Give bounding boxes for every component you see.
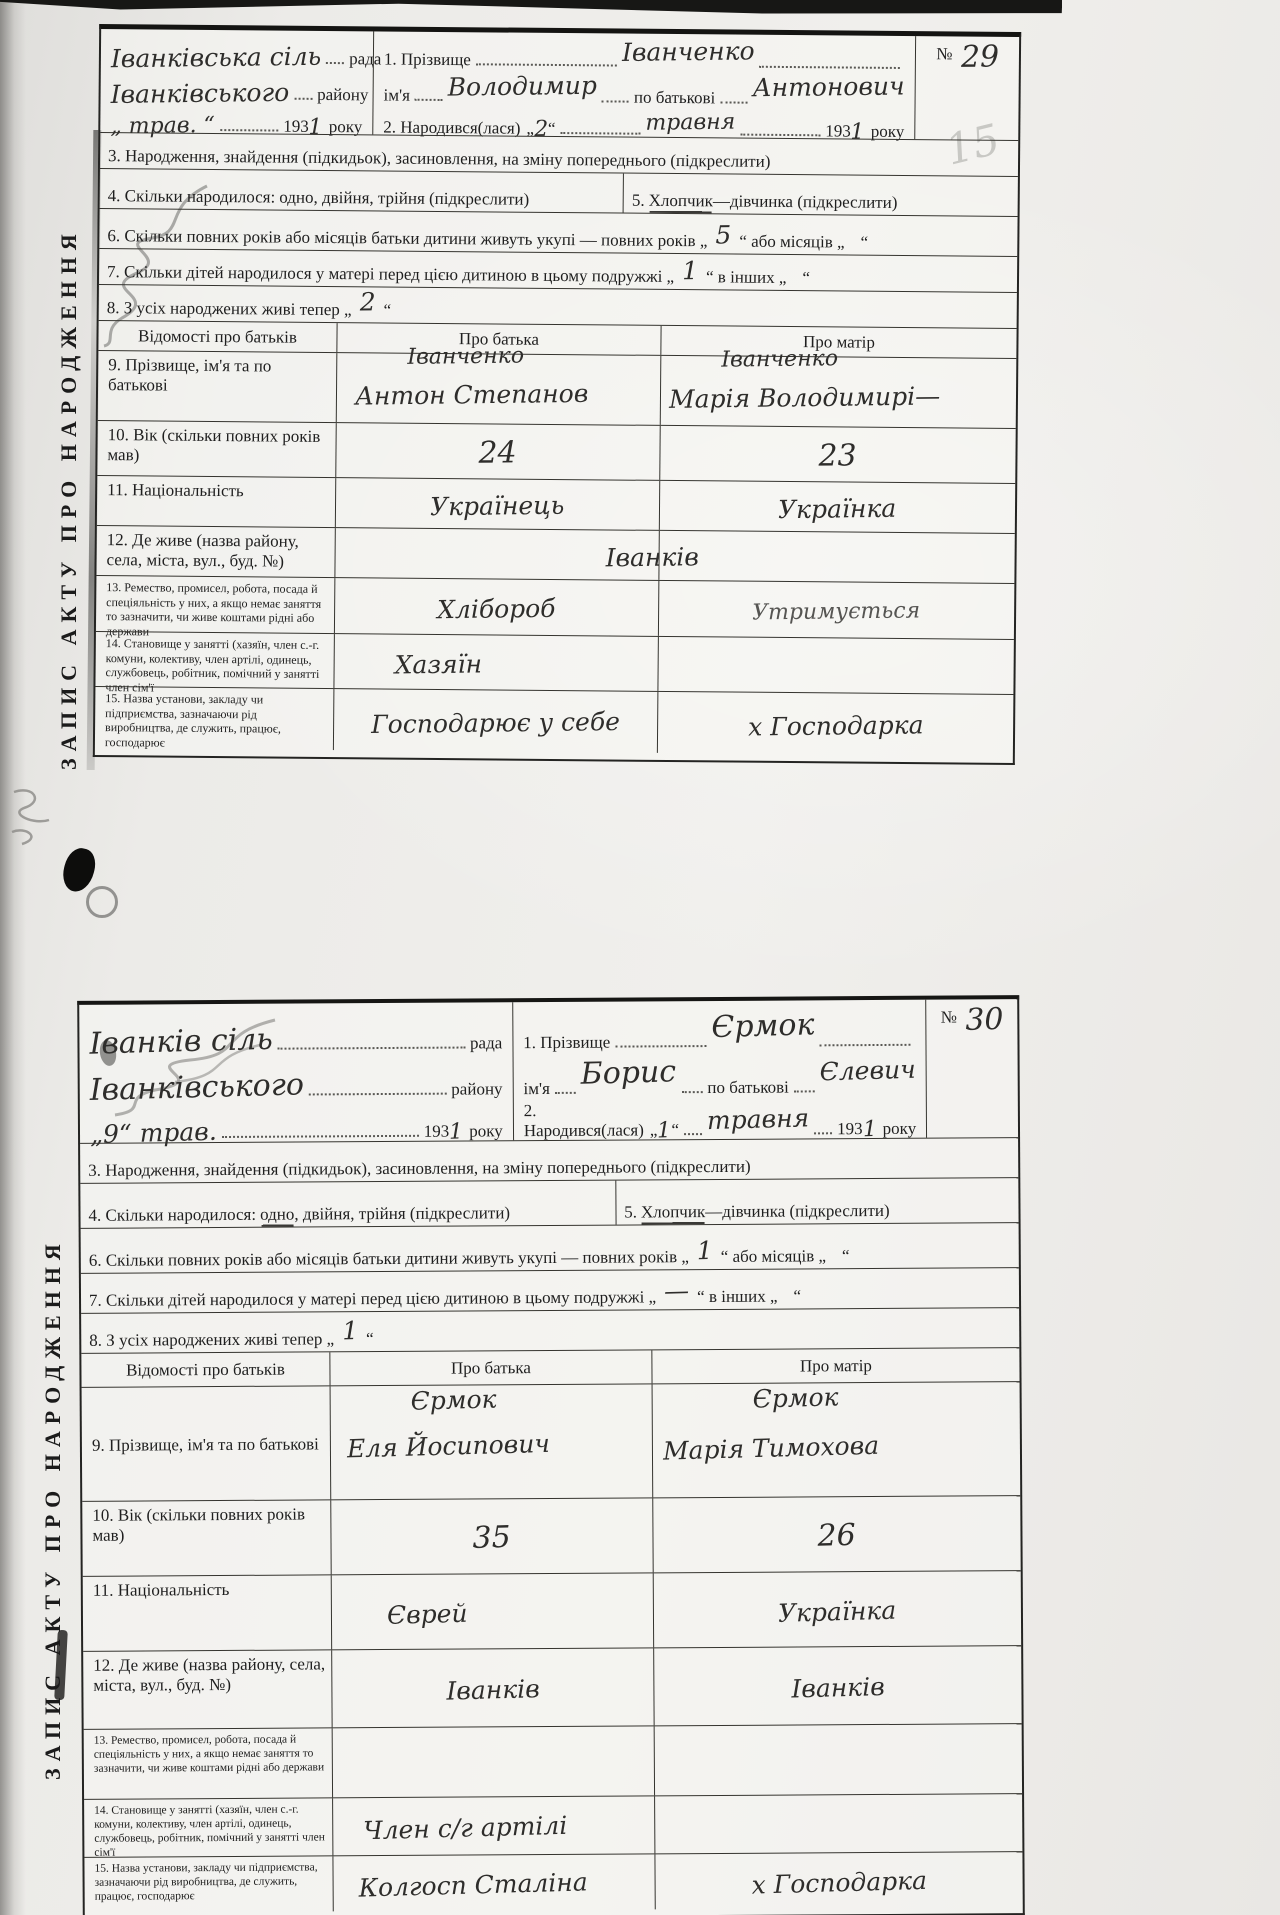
dotted-line	[720, 101, 747, 103]
surname-label: 1. Прізвище	[523, 1033, 610, 1054]
paper-left-edge-shadow	[0, 0, 26, 1915]
birth-record-form-30: Іванків сіль рада Іванківського району „…	[77, 995, 1025, 1915]
field-7-row: 7. Скільки дітей народилося у матері пер…	[81, 1267, 1019, 1313]
father-workplace-handwritten: Колгосп Сталіна	[358, 1869, 588, 1900]
dotted-line	[684, 1133, 702, 1135]
child-name-block: 1. Прізвище Іванченко ім'я Володимир по …	[372, 31, 915, 139]
field-6-label-mid: “ або місяців „	[739, 232, 844, 253]
name-handwritten: Борис	[580, 1057, 676, 1090]
rada-label: рада	[470, 1033, 502, 1053]
district-handwritten: Іванківського	[110, 80, 289, 107]
dotted-line	[601, 100, 628, 102]
field-9-row: 9. Прізвище, ім'я та по батькові Єрмок Е…	[82, 1381, 1021, 1501]
field-8-row: 8. З усіх народжених живі тепер „ 1 “	[81, 1307, 1019, 1353]
field-9-row: 9. Прізвище, ім'я та по батькові Іванчен…	[98, 350, 1017, 428]
field-10-label: 10. Вік (скільки повних років мав)	[97, 421, 335, 477]
quote: “	[366, 1329, 374, 1349]
quote: “	[860, 233, 868, 253]
quote: “	[383, 300, 391, 320]
patronymic-label: по батькові	[634, 88, 716, 109]
mother-fullname-cell: Іванченко Марія Володимирі—	[660, 356, 1017, 428]
dotted-line	[615, 1045, 706, 1048]
scanned-document-page: 15 ЗАПИС АКТУ ПРО НАРОДЖЕННЯ ЗАПИС АКТУ …	[0, 0, 1280, 1915]
field-15-label: 15. Назва установи, закладу чи підприємс…	[84, 1856, 332, 1913]
years-together-handwritten: 1	[696, 1238, 713, 1263]
dotted-line	[278, 1047, 465, 1050]
name-label: ім'я	[523, 1079, 549, 1099]
name-label: ім'я	[384, 85, 411, 105]
children-alive-handwritten: 1	[342, 1318, 359, 1343]
name-handwritten: Володимир	[447, 73, 596, 100]
father-nationality-handwritten: Єврей	[387, 1600, 468, 1627]
birth-month-handwritten: травня	[707, 1105, 810, 1133]
field-5-option-boy: Хлопчик	[649, 191, 713, 212]
children-alive-handwritten: 2	[360, 289, 376, 314]
field-7-label-mid: “ в інших „	[697, 1287, 778, 1307]
field-14-row: 14. Становище у занятті (хазяїн, член с.…	[84, 1793, 1022, 1857]
field-5-label: 5.	[632, 191, 645, 211]
father-surname-handwritten: Іванченко	[407, 345, 524, 368]
years-together-handwritten: 5	[715, 222, 731, 247]
field-4-option-one: одно	[279, 188, 313, 208]
field-6-label: 6. Скільки повних років або місяців бать…	[89, 1247, 689, 1271]
father-name-handwritten: Антон Степанов	[355, 381, 589, 409]
father-status-handwritten: Член с/г артілі	[363, 1813, 568, 1844]
field-10-row: 10. Вік (скільки повних років мав) 24 23	[97, 420, 1015, 483]
field-14-row: 14. Становище у занятті (хазяїн, член с.…	[95, 631, 1013, 694]
field-5-label: 5.	[624, 1202, 637, 1222]
dotted-line	[415, 99, 442, 101]
father-age-handwritten: 35	[472, 1523, 511, 1554]
punch-hole-mark	[86, 886, 118, 918]
number-label: №	[941, 1008, 957, 1028]
vertical-form-title: ЗАПИС АКТУ ПРО НАРОДЖЕННЯ	[40, 1140, 66, 1780]
field-15-row: 15. Назва установи, закладу чи підприємс…	[95, 686, 1014, 756]
parents-info-header: Відомості про батьків	[98, 321, 336, 352]
dotted-line	[740, 134, 820, 137]
surname-handwritten: Іванченко	[622, 38, 755, 65]
council-handwritten: Іванків сіль	[89, 1025, 273, 1060]
council-block: Іванків сіль рада Іванківського району „…	[79, 1002, 513, 1143]
quote: “	[793, 1286, 801, 1306]
surname-label: 1. Прізвище	[384, 49, 471, 70]
dotted-line	[794, 1090, 815, 1092]
council-handwritten: Іванківська сіль	[111, 44, 321, 72]
mother-age-handwritten: 23	[819, 441, 858, 471]
field-14-label: 14. Становище у занятті (хазяїн, член с.…	[95, 632, 333, 688]
field-11-row: 11. Національність Українець Українка	[97, 475, 1015, 533]
parents-info-header: Відомості про батьків	[81, 1352, 329, 1387]
surname-handwritten: Єрмок	[711, 1010, 815, 1043]
mother-workplace-handwritten: х Господарка	[751, 1868, 927, 1898]
dotted-line	[555, 1092, 576, 1094]
field-3-label: 3. Народження, знайдення (підкидьок), за…	[88, 1157, 750, 1181]
vertical-form-title: ЗАПИС АКТУ ПРО НАРОДЖЕННЯ	[56, 150, 82, 770]
dotted-line	[222, 1135, 419, 1138]
father-fullname-cell: Іванченко Антон Степанов	[336, 353, 661, 425]
dotted-line	[476, 63, 617, 66]
mother-nationality-handwritten: Українка	[778, 496, 896, 522]
field-13-row: 13. Ремество, промисел, робота, посада й…	[96, 575, 1014, 639]
field-11-label: 11. Національність	[83, 1575, 331, 1651]
field-7-label: 7. Скільки дітей народилося у матері пер…	[107, 262, 674, 287]
field-10-label: 10. Вік (скільки повних років мав)	[82, 1500, 330, 1576]
field-4-label: 4. Скільки народилося:	[88, 1205, 256, 1226]
children-before-handwritten: 1	[682, 258, 698, 283]
field-12-row: 12. Де живе (назва району, села, міста, …	[83, 1645, 1021, 1729]
patronymic-handwritten: Антонович	[753, 73, 905, 100]
field-5-label-rest: —дівчинка (підкреслити)	[705, 1201, 890, 1222]
mother-fullname-cell: Єрмок Марія Тимохова	[652, 1382, 1021, 1497]
father-surname-handwritten: Єрмок	[410, 1386, 496, 1413]
district-handwritten: Іванківського	[89, 1070, 304, 1106]
dotted-line	[560, 132, 640, 135]
field-6-row: 6. Скільки повних років або місяців бать…	[81, 1222, 1019, 1273]
field-3-row: 3. Народження, знайдення (підкидьок), за…	[80, 1137, 1018, 1183]
mother-residence-handwritten: Іванків	[791, 1674, 885, 1702]
record-number-handwritten: 30	[965, 1005, 1004, 1036]
field-7-label: 7. Скільки дітей народилося у матері пер…	[89, 1287, 656, 1310]
field-5-option-boy: Хлопчик	[641, 1202, 705, 1222]
dotted-line	[326, 62, 344, 64]
dotted-line	[294, 98, 312, 100]
field-9-label: 9. Прізвище, ім'я та по батькові	[82, 1386, 331, 1501]
record-number-handwritten: 29	[960, 42, 999, 72]
field-15-row: 15. Назва установи, закладу чи підприємс…	[84, 1851, 1022, 1913]
year-prefix: 193	[424, 1122, 450, 1142]
form-header-row: Іванків сіль рада Іванківського району „…	[79, 999, 1018, 1143]
father-occupation-handwritten: Хлібороб	[437, 596, 556, 622]
field-7-label-mid: “ в інших „	[706, 267, 787, 288]
field-10-row: 10. Вік (скільки повних років мав) 35 26	[82, 1495, 1020, 1576]
child-name-block: 1. Прізвище Єрмок ім'я Борис по батькові…	[512, 1000, 926, 1141]
field-12-row: 12. Де живе (назва району, села, міста, …	[96, 525, 1014, 583]
field-9-label: 9. Прізвище, ім'я та по батькові	[98, 351, 337, 422]
field-13-label: 13. Ремество, промисел, робота, посада й…	[96, 576, 334, 633]
field-4-label-rest: , двійня, трійня (підкреслити)	[313, 188, 529, 210]
council-block: Іванківська сіль рада Іванківського райо…	[100, 29, 373, 134]
number-label: №	[936, 44, 952, 64]
dotted-line	[819, 1044, 910, 1047]
field-8-label: 8. З усіх народжених живі тепер „	[107, 298, 352, 320]
parents-table-header: Відомості про батьків Про батька Про мат…	[81, 1347, 1019, 1387]
mother-surname-handwritten: Єрмок	[752, 1384, 838, 1411]
field-5-label-rest: —дівчинка (підкреслити)	[713, 191, 898, 213]
birth-record-form-29: Іванківська сіль рада Іванківського райо…	[93, 24, 1021, 765]
father-age-handwritten: 24	[479, 438, 518, 468]
record-number-block: № 29	[914, 36, 1019, 140]
patronymic-label: по батькові	[707, 1078, 789, 1098]
birth-month-handwritten: травня	[645, 112, 735, 135]
district-label: району	[317, 85, 368, 105]
field-13-row: 13. Ремество, промисел, робота, посада й…	[84, 1723, 1022, 1799]
field-11-label: 11. Національність	[97, 476, 335, 527]
mother-name-handwritten: Марія Тимохова	[663, 1433, 880, 1464]
field-4-label-rest: , двійня, трійня (підкреслити)	[294, 1203, 510, 1224]
mother-name-handwritten: Марія Володимирі—	[669, 384, 940, 412]
children-before-handwritten: —	[664, 1278, 690, 1304]
mother-occupation-handwritten: Утримується	[752, 600, 920, 624]
field-8-label: 8. З усіх народжених живі тепер „	[89, 1329, 334, 1350]
dotted-line	[759, 66, 900, 69]
field-12-label: 12. Де живе (назва району, села, міста, …	[83, 1650, 331, 1729]
field-14-label: 14. Становище у занятті (хазяїн, член с.…	[84, 1798, 332, 1857]
field-4-5-row: 4. Скільки народилося: одно, двійня, трі…	[80, 1177, 1018, 1228]
field-13-label: 13. Ремество, промисел, робота, посада й…	[84, 1728, 332, 1799]
dotted-line	[220, 129, 278, 132]
quote: “	[802, 268, 810, 288]
field-11-row: 11. Національність Єврей Українка	[83, 1570, 1021, 1651]
residence-handwritten: Іванків	[446, 1676, 540, 1704]
father-column-header: Про батька	[329, 1350, 651, 1385]
quote: “	[842, 1246, 850, 1266]
mother-age-handwritten: 26	[817, 1521, 856, 1552]
roku-label: року	[883, 1119, 917, 1139]
father-name-handwritten: Еля Йосипович	[347, 1431, 551, 1461]
father-status-handwritten: Хазяїн	[394, 651, 482, 677]
field-4-label: 4. Скільки народилося:	[108, 186, 276, 207]
father-workplace-handwritten: Господарює у себе	[371, 709, 620, 737]
field-6-label: 6. Скільки повних років або місяців бать…	[107, 226, 707, 251]
dotted-line	[814, 1132, 832, 1134]
mother-surname-handwritten: Іванченко	[721, 348, 838, 371]
year-prefix: 193	[837, 1119, 863, 1139]
father-nationality-handwritten: Українець	[430, 493, 565, 520]
mother-nationality-handwritten: Українка	[778, 1597, 897, 1625]
mother-column-header: Про матір	[651, 1348, 1019, 1383]
dotted-line	[309, 1093, 446, 1096]
mother-workplace-handwritten: х Господарка	[748, 712, 924, 739]
mother-column-header: Про матір	[660, 326, 1016, 358]
record-number-block: № 30	[925, 999, 1018, 1138]
patronymic-handwritten: Єлевич	[819, 1057, 916, 1085]
district-label: району	[451, 1079, 502, 1099]
field-12-label: 12. Де живе (назва району, села, міста, …	[96, 526, 334, 577]
field-4-option-one: одно	[260, 1205, 294, 1225]
born-label: 2. Народився(лася)	[524, 1100, 644, 1141]
roku-label: року	[469, 1121, 503, 1141]
quote: “	[671, 1120, 679, 1140]
dotted-line	[681, 1091, 702, 1093]
field-6-label-mid: “ або місяців „	[721, 1246, 826, 1267]
field-15-label: 15. Назва установи, закладу чи підприємс…	[95, 687, 334, 750]
form-header-row: Іванківська сіль рада Іванківського райо…	[100, 29, 1019, 140]
father-fullname-cell: Єрмок Еля Йосипович	[330, 1384, 653, 1499]
